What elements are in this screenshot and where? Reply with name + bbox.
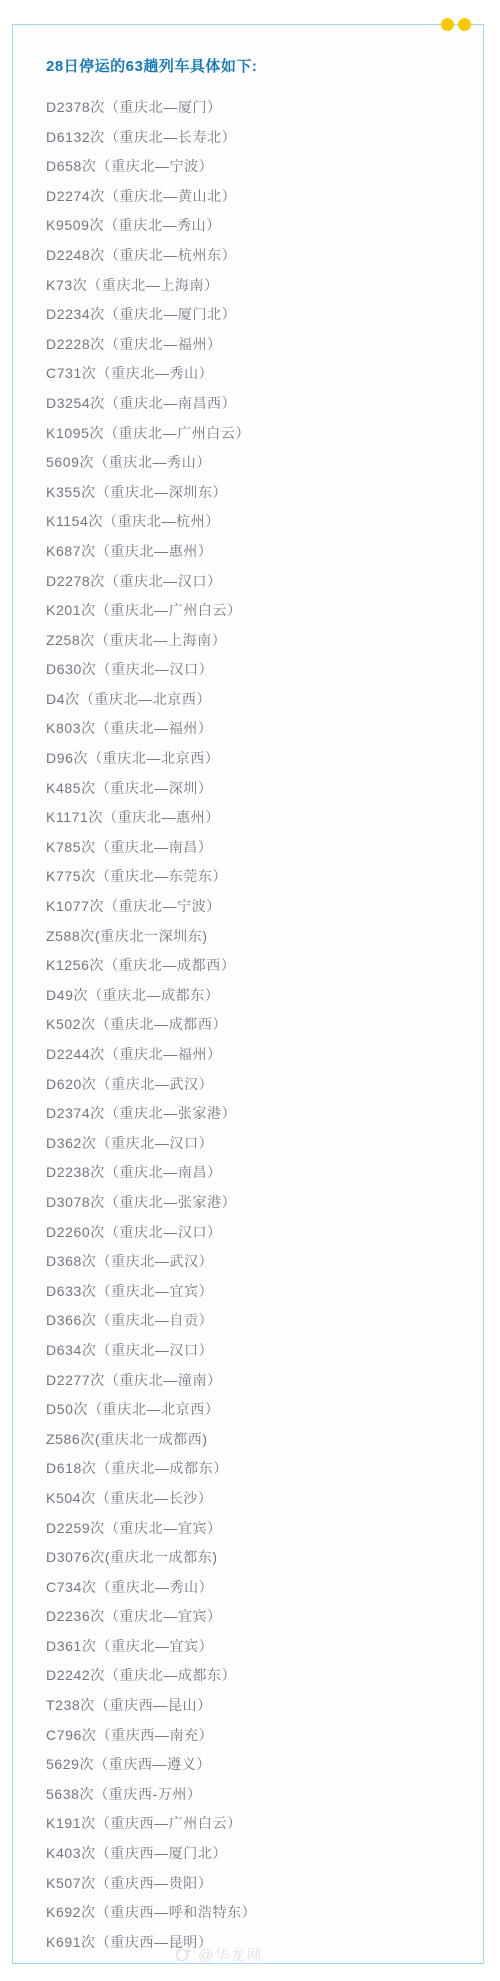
- notice-title: 28日停运的63趟列车具体如下:: [46, 58, 483, 76]
- train-item: K201次（重庆北—广州白云）: [46, 596, 483, 626]
- train-item: D2260次（重庆北—汉口）: [46, 1218, 483, 1248]
- train-item: 5638次（重庆西-万州）: [46, 1780, 483, 1810]
- train-item: D4次（重庆北—北京西）: [46, 685, 483, 715]
- train-item: T238次（重庆西—昆山）: [46, 1691, 483, 1721]
- train-item: Z586次(重庆北一成都西): [46, 1425, 483, 1455]
- train-item: K507次（重庆西—贵阳）: [46, 1869, 483, 1899]
- train-item: D3254次（重庆北—南昌西）: [46, 389, 483, 419]
- train-item: 5629次（重庆西—遵义）: [46, 1750, 483, 1780]
- decorative-dot: [441, 18, 454, 31]
- train-item: K803次（重庆北—福州）: [46, 714, 483, 744]
- train-item: C734次（重庆北—秀山）: [46, 1573, 483, 1603]
- train-item: D2238次（重庆北—南昌）: [46, 1158, 483, 1188]
- train-item: K687次（重庆北—惠州）: [46, 537, 483, 567]
- train-item: D2374次（重庆北—张家港）: [46, 1099, 483, 1129]
- train-item: K1095次（重庆北—广州白云）: [46, 419, 483, 449]
- train-item: Z588次(重庆北一深圳东): [46, 922, 483, 952]
- train-item: D6132次（重庆北—长寿北）: [46, 123, 483, 153]
- train-item: D630次（重庆北—汉口）: [46, 655, 483, 685]
- train-item: D2378次（重庆北—厦门）: [46, 93, 483, 123]
- train-item: D361次（重庆北—宜宾）: [46, 1632, 483, 1662]
- train-item: K502次（重庆北—成都西）: [46, 1010, 483, 1040]
- train-item: D368次（重庆北—武汉）: [46, 1247, 483, 1277]
- decorative-dot: [458, 18, 471, 31]
- train-item: D49次（重庆北—成都东）: [46, 981, 483, 1011]
- train-item: K504次（重庆北—长沙）: [46, 1484, 483, 1514]
- train-item: D50次（重庆北—北京西）: [46, 1395, 483, 1425]
- train-item: D3076次(重庆北一成都东): [46, 1543, 483, 1573]
- train-item: K485次（重庆北—深圳）: [46, 774, 483, 804]
- train-item: D658次（重庆北—宁波）: [46, 152, 483, 182]
- train-item: D620次（重庆北—武汉）: [46, 1070, 483, 1100]
- train-item: K1171次（重庆北—惠州）: [46, 803, 483, 833]
- train-item: 5609次（重庆北—秀山）: [46, 448, 483, 478]
- train-item: D362次（重庆北—汉口）: [46, 1129, 483, 1159]
- train-item: K73次（重庆北—上海南）: [46, 271, 483, 301]
- train-item: D618次（重庆北—成都东）: [46, 1454, 483, 1484]
- train-item: D2248次（重庆北—杭州东）: [46, 241, 483, 271]
- train-item: K403次（重庆西—厦门北）: [46, 1839, 483, 1869]
- train-item: D366次（重庆北—自贡）: [46, 1306, 483, 1336]
- train-list: D2378次（重庆北—厦门）D6132次（重庆北—长寿北）D658次（重庆北—宁…: [46, 93, 483, 1957]
- train-item: D2277次（重庆北—潼南）: [46, 1366, 483, 1396]
- train-item: K355次（重庆北—深圳东）: [46, 478, 483, 508]
- train-item: K1077次（重庆北—宁波）: [46, 892, 483, 922]
- train-item: D2228次（重庆北—福州）: [46, 330, 483, 360]
- train-item: Z258次（重庆北—上海南）: [46, 626, 483, 656]
- train-item: K191次（重庆西—广州白云）: [46, 1809, 483, 1839]
- train-item: K1256次（重庆北—成都西）: [46, 951, 483, 981]
- train-item: K1154次（重庆北—杭州）: [46, 507, 483, 537]
- train-item: C796次（重庆西—南充）: [46, 1721, 483, 1751]
- train-item: D96次（重庆北—北京西）: [46, 744, 483, 774]
- train-item: D2274次（重庆北—黄山北）: [46, 182, 483, 212]
- train-item: D2242次（重庆北—成都东）: [46, 1661, 483, 1691]
- notice-card: 28日停运的63趟列车具体如下: D2378次（重庆北—厦门）D6132次（重庆…: [12, 24, 484, 1964]
- train-item: D2278次（重庆北—汉口）: [46, 567, 483, 597]
- train-item: K691次（重庆西—昆明）: [46, 1928, 483, 1958]
- train-item: D2244次（重庆北—福州）: [46, 1040, 483, 1070]
- train-item: K785次（重庆北—南昌）: [46, 833, 483, 863]
- train-item: D2236次（重庆北—宜宾）: [46, 1602, 483, 1632]
- train-item: D634次（重庆北—汉口）: [46, 1336, 483, 1366]
- train-item: K775次（重庆北—东莞东）: [46, 862, 483, 892]
- train-item: C731次（重庆北—秀山）: [46, 359, 483, 389]
- train-item: D2259次（重庆北—宜宾）: [46, 1514, 483, 1544]
- train-item: D2234次（重庆北—厦门北）: [46, 300, 483, 330]
- train-item: D633次（重庆北—宜宾）: [46, 1277, 483, 1307]
- train-item: D3078次（重庆北—张家港）: [46, 1188, 483, 1218]
- train-item: K9509次（重庆北—秀山）: [46, 211, 483, 241]
- train-item: K692次（重庆西—呼和浩特东）: [46, 1898, 483, 1928]
